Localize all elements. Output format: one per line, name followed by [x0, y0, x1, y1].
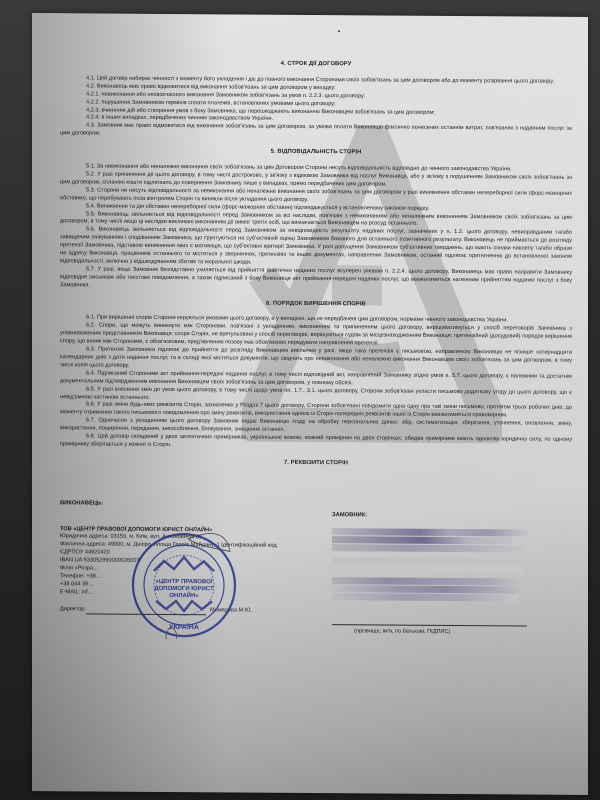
redacted-customer-details	[332, 524, 527, 605]
clause: 6.8. Цей договір складений у двох автент…	[60, 433, 572, 452]
svg-text:ОНЛАЙН»: ОНЛАЙН»	[169, 591, 199, 599]
contract-body: 4. СТРОК ДІЇ ДОГОВОРУ 4.1. Цей договір н…	[60, 59, 572, 477]
section-title: 4. СТРОК ДІЇ ДОГОВОРУ	[60, 59, 572, 70]
section-title: 5. ВІДПОВІДАЛЬНІСТЬ СТОРІН	[60, 147, 572, 158]
staple-mark	[338, 30, 340, 32]
customer-signature-line	[332, 624, 527, 626]
section-title: 7. РЕКВІЗИТИ СТОРІН	[60, 458, 572, 469]
contractor-label: ВИКОНАВЕЦЬ:	[60, 500, 320, 508]
svg-text:ДОПОМОГИ ЮРИСТ: ДОПОМОГИ ЮРИСТ	[154, 586, 214, 592]
clause: 6.3. Претензія Замовника підлягає до при…	[60, 346, 572, 373]
clause: 5.6. Виконавець звільняється від відпові…	[60, 227, 572, 270]
customer-label: ЗАМОВНИК:	[332, 512, 572, 520]
company-stamp-icon: «ЦЕНТР ПРАВОВОЇ ДОПОМОГИ ЮРИСТ ОНЛАЙН» У…	[130, 531, 238, 640]
stamp-bottom-text: УКРАЇНА	[169, 623, 199, 631]
customer-requisites: ЗАМОВНИК: (прізвище, ім'я, по батькові, …	[332, 512, 572, 636]
section-title: 6. ПОРЯДОК ВИРІШЕННЯ СПОРІВ	[60, 299, 572, 310]
clause: 4.3. Замовник має право відмовитися від …	[60, 123, 572, 142]
clause: 5.7. У разі, якщо Замовник безпідставно …	[60, 266, 572, 293]
stamp-center-text: «ЦЕНТР ПРАВОВОЇ	[156, 578, 213, 585]
contractor-requisites: ВИКОНАВЕЦЬ: ТОВ «ЦЕНТР ПРАВОВОЇ ДОПОМОГИ…	[60, 500, 320, 618]
signature-caption: (прізвище, ім'я, по батькові, ПІДПИС)	[354, 628, 572, 636]
document-page: 4. СТРОК ДІЇ ДОГОВОРУ 4.1. Цей договір н…	[32, 13, 588, 795]
director-label: Директор	[60, 606, 84, 612]
requisites-block: ВИКОНАВЕЦЬ: ТОВ «ЦЕНТР ПРАВОВОЇ ДОПОМОГИ…	[60, 500, 572, 504]
